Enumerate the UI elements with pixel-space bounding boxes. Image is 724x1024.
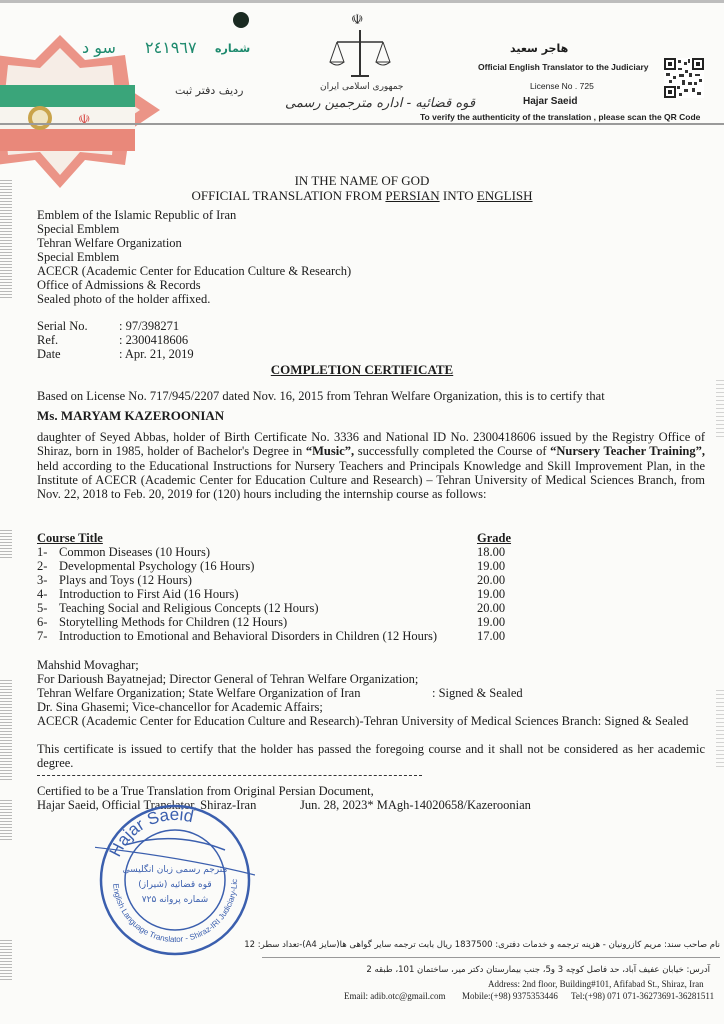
heading-prefix: OFFICIAL TRANSLATION FROM bbox=[191, 188, 385, 203]
header-divider bbox=[0, 123, 724, 125]
verify-note: To verify the authenticity of the transl… bbox=[420, 112, 700, 122]
table-row: 6- Storytelling Methods for Children (12… bbox=[37, 615, 557, 629]
svg-text:شماره پروانه ۷۲۵: شماره پروانه ۷۲۵ bbox=[142, 895, 208, 905]
scan-artifact bbox=[0, 680, 12, 780]
footer-divider bbox=[262, 957, 720, 958]
svg-text:Hajar Saeid: Hajar Saeid bbox=[106, 805, 196, 860]
email[interactable]: Email: adib.otc@gmail.com bbox=[344, 991, 446, 1001]
row-title: Common Diseases (10 Hours) bbox=[59, 545, 210, 560]
translator-name: Hajar Saeid bbox=[523, 96, 577, 107]
emblem-line: Special Emblem bbox=[37, 250, 119, 264]
ref-value: : 2300418606 bbox=[119, 333, 188, 348]
table-row: 5- Teaching Social and Religious Concept… bbox=[37, 601, 557, 615]
table-row: 4- Introduction to First Aid (16 Hours) … bbox=[37, 587, 557, 601]
table-row: 1- Common Diseases (10 Hours) 18.00 bbox=[37, 545, 557, 559]
row-number: 7- bbox=[37, 629, 47, 644]
row-grade: 19.00 bbox=[477, 615, 505, 630]
row-number: 1- bbox=[37, 545, 47, 560]
body-paragraph: daughter of Seyed Abbas, holder of Birth… bbox=[37, 430, 705, 501]
emblem-line: ACECR (Academic Center for Education Cul… bbox=[37, 264, 351, 278]
row-number: 6- bbox=[37, 615, 47, 630]
row-number: 4- bbox=[37, 587, 47, 602]
row-number: 2- bbox=[37, 559, 47, 574]
row-grade: 19.00 bbox=[477, 587, 505, 602]
heading-line-1: IN THE NAME OF GOD bbox=[0, 173, 724, 189]
scan-artifact bbox=[716, 690, 724, 770]
row-number: 3- bbox=[37, 573, 47, 588]
body-part-3: held according to the Educational Instru… bbox=[37, 459, 705, 502]
telephone[interactable]: Tel:(+98) 071 071-36273691-36281511 bbox=[571, 991, 714, 1001]
course-name: “Nursery Teacher Training”, bbox=[550, 444, 705, 458]
row-grade: 18.00 bbox=[477, 545, 505, 560]
ref-label: Ref. bbox=[37, 333, 58, 348]
registration-prefix: سو د bbox=[82, 38, 116, 57]
emblem-line: Special Emblem bbox=[37, 222, 119, 236]
scan-artifact bbox=[0, 800, 12, 840]
stamp-dot bbox=[233, 12, 249, 28]
address-en: Address: 2nd floor, Building#101, Afifab… bbox=[488, 979, 704, 989]
row-grade: 20.00 bbox=[477, 601, 505, 616]
date-value: : Apr. 21, 2019 bbox=[119, 347, 194, 362]
signatory-line: Mahshid Movaghar; bbox=[37, 658, 139, 672]
course-title-header: Course Title bbox=[37, 531, 103, 546]
judiciary-country: جمهوری اسلامی ایران bbox=[320, 82, 404, 92]
scan-artifact bbox=[0, 940, 12, 980]
qr-code-icon[interactable] bbox=[664, 58, 704, 98]
svg-text:☫: ☫ bbox=[78, 112, 91, 128]
disclaimer: This certificate is issued to certify th… bbox=[37, 742, 705, 771]
row-grade: 20.00 bbox=[477, 573, 505, 588]
row-grade: 17.00 bbox=[477, 629, 505, 644]
row-number: 5- bbox=[37, 601, 47, 616]
emblem-line: Emblem of the Islamic Republic of Iran bbox=[37, 208, 236, 222]
signatory-line: Tehran Welfare Organization; State Welfa… bbox=[37, 686, 360, 700]
row-title: Plays and Toys (12 Hours) bbox=[59, 573, 192, 588]
emblem-line: Sealed photo of the holder affixed. bbox=[37, 292, 210, 306]
serial-label: Serial No. bbox=[37, 319, 88, 334]
source-language: PERSIAN bbox=[385, 188, 439, 203]
translator-name-fa: هاجر سعید bbox=[510, 42, 568, 55]
emblem-line: Office of Admissions & Records bbox=[37, 278, 201, 292]
holder-name: Ms. MARYAM KAZEROONIAN bbox=[37, 409, 705, 423]
heading-mid: INTO bbox=[440, 188, 477, 203]
registry-row-label: ردیف دفتر ثبت bbox=[175, 84, 243, 97]
row-title: Developmental Psychology (16 Hours) bbox=[59, 559, 254, 574]
certification-line-1: Certified to be a True Translation from … bbox=[37, 784, 374, 798]
body-part-2: successfully completed the Course of bbox=[354, 444, 550, 458]
translator-title: Official English Translator to the Judic… bbox=[478, 62, 649, 72]
signed-sealed-note: : Signed & Sealed bbox=[432, 686, 523, 700]
signatory-line: ACECR (Academic Center for Education Cul… bbox=[37, 714, 688, 728]
target-language: ENGLISH bbox=[477, 188, 533, 203]
judiciary-department: قوه قضائیه - اداره مترجمین رسمی bbox=[285, 96, 475, 111]
top-border bbox=[0, 0, 724, 3]
dashed-divider bbox=[37, 775, 422, 776]
date-label: Date bbox=[37, 347, 61, 362]
scan-artifact bbox=[0, 530, 12, 560]
scales-of-justice-icon: ☫ bbox=[325, 10, 395, 80]
row-grade: 19.00 bbox=[477, 559, 505, 574]
registration-number: ۲٤١٩٦٧ bbox=[145, 38, 197, 57]
heading-line-2: OFFICIAL TRANSLATION FROM PERSIAN INTO E… bbox=[0, 188, 724, 204]
intro-paragraph: Based on License No. 717/945/2207 dated … bbox=[37, 389, 705, 403]
mobile[interactable]: Mobile:(+98) 9375353446 bbox=[462, 991, 558, 1001]
svg-text:☫: ☫ bbox=[351, 12, 364, 28]
license-number: License No . 725 bbox=[530, 81, 594, 91]
certification-date-ref: Jun. 28, 2023* MAgh-14020658/Kazeroonian bbox=[300, 798, 531, 812]
address-fa: آدرس: خیابان عفیف آباد، حد فاصل کوچه 3 و… bbox=[330, 965, 710, 975]
table-row: 2- Developmental Psychology (16 Hours) 1… bbox=[37, 559, 557, 573]
grade-header: Grade bbox=[477, 531, 511, 546]
signatory-line: For Darioush Bayatnejad; Director Genera… bbox=[37, 672, 418, 686]
emblem-line: Tehran Welfare Organization bbox=[37, 236, 182, 250]
fee-line: نام صاحب سند: مریم کازرونیان - هزینه ترج… bbox=[262, 940, 720, 950]
iran-flag-star-badge-icon: ☫ bbox=[0, 30, 160, 190]
row-title: Teaching Social and Religious Concepts (… bbox=[59, 601, 319, 616]
serial-value: : 97/398271 bbox=[119, 319, 179, 334]
translator-seal-stamp-icon: Hajar Saeid English Language Translator … bbox=[95, 800, 255, 960]
row-title: Introduction to First Aid (16 Hours) bbox=[59, 587, 239, 602]
registration-label: شماره bbox=[215, 42, 250, 55]
table-row: 3- Plays and Toys (12 Hours) 20.00 bbox=[37, 573, 557, 587]
certificate-title: COMPLETION CERTIFICATE bbox=[0, 362, 724, 378]
scan-artifact bbox=[716, 380, 724, 440]
degree-field: “Music”, bbox=[306, 444, 354, 458]
svg-text:قوه قضائیه (شیراز): قوه قضائیه (شیراز) bbox=[138, 880, 211, 890]
signatory-line: Dr. Sina Ghasemi; Vice-chancellor for Ac… bbox=[37, 700, 323, 714]
row-title: Introduction to Emotional and Behavioral… bbox=[59, 629, 437, 644]
row-title: Storytelling Methods for Children (12 Ho… bbox=[59, 615, 287, 630]
table-row: 7- Introduction to Emotional and Behavio… bbox=[37, 629, 557, 643]
